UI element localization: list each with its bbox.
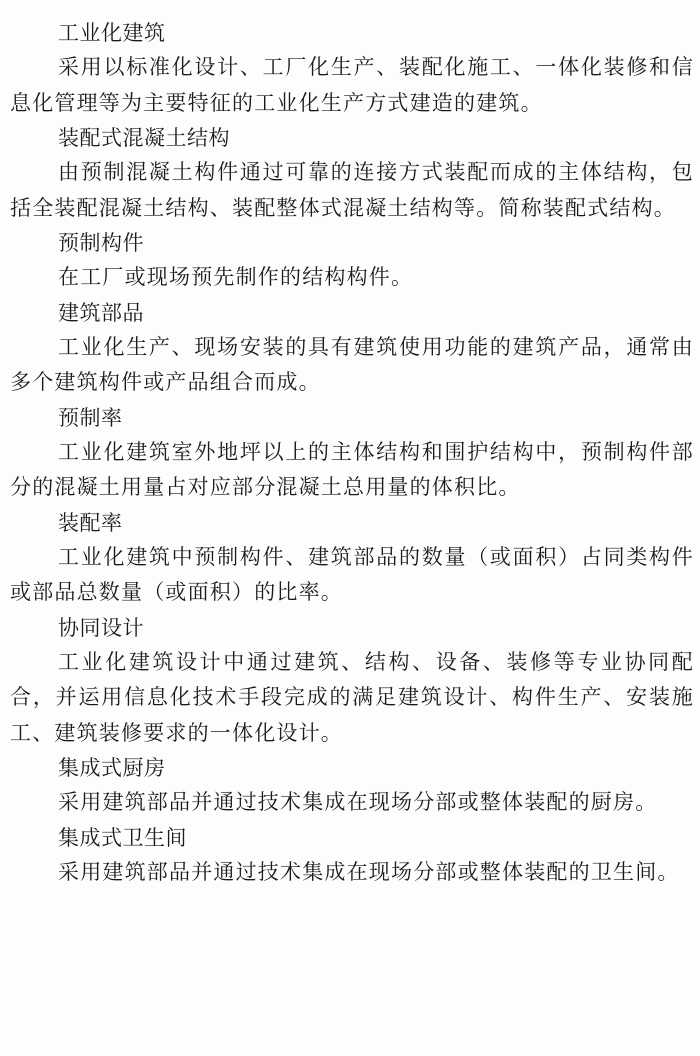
glossary-entry-assembly-rate: 装配率 工业化建筑中预制构件、建筑部品的数量（或面积）占同类构件或部品总数量（或… [10, 506, 694, 611]
glossary-entry-collaborative-design: 协同设计 工业化建筑设计中通过建筑、结构、设备、装修等专业协同配合，并运用信息化… [10, 611, 694, 752]
term-heading: 工业化建筑 [10, 16, 694, 50]
term-heading: 协同设计 [10, 611, 694, 645]
term-definition: 工业化建筑中预制构件、建筑部品的数量（或面积）占同类构件或部品总数量（或面积）的… [10, 540, 694, 611]
glossary-entry-precast-component: 预制构件 在工厂或现场预先制作的结构构件。 [10, 226, 694, 296]
term-heading: 预制率 [10, 401, 694, 435]
term-definition: 由预制混凝土构件通过可靠的连接方式装配而成的主体结构，包括全装配混凝土结构、装配… [10, 155, 694, 226]
glossary-entry-precast-concrete-structure: 装配式混凝土结构 由预制混凝土构件通过可靠的连接方式装配而成的主体结构，包括全装… [10, 121, 694, 226]
term-definition: 在工厂或现场预先制作的结构构件。 [10, 260, 694, 296]
glossary-entry-integrated-kitchen: 集成式厨房 采用建筑部品并通过技术集成在现场分部或整体装配的厨房。 [10, 751, 694, 821]
term-definition: 采用建筑部品并通过技术集成在现场分部或整体装配的厨房。 [10, 785, 694, 821]
term-definition: 采用以标准化设计、工厂化生产、装配化施工、一体化装修和信息化管理等为主要特征的工… [10, 50, 694, 121]
document-page: 工业化建筑 采用以标准化设计、工厂化生产、装配化施工、一体化装修和信息化管理等为… [0, 0, 700, 890]
glossary-entry-industrialized-building: 工业化建筑 采用以标准化设计、工厂化生产、装配化施工、一体化装修和信息化管理等为… [10, 16, 694, 121]
term-heading: 集成式厨房 [10, 751, 694, 785]
glossary-entry-precast-rate: 预制率 工业化建筑室外地坪以上的主体结构和围护结构中，预制构件部分的混凝土用量占… [10, 401, 694, 506]
term-heading: 建筑部品 [10, 296, 694, 330]
term-heading: 装配式混凝土结构 [10, 121, 694, 155]
term-definition: 工业化生产、现场安装的具有建筑使用功能的建筑产品，通常由多个建筑构件或产品组合而… [10, 330, 694, 401]
term-definition: 工业化建筑室外地坪以上的主体结构和围护结构中，预制构件部分的混凝土用量占对应部分… [10, 435, 694, 506]
term-heading: 装配率 [10, 506, 694, 540]
glossary-entry-integrated-bathroom: 集成式卫生间 采用建筑部品并通过技术集成在现场分部或整体装配的卫生间。 [10, 821, 694, 891]
glossary-entry-building-parts: 建筑部品 工业化生产、现场安装的具有建筑使用功能的建筑产品，通常由多个建筑构件或… [10, 296, 694, 401]
term-heading: 预制构件 [10, 226, 694, 260]
term-definition: 采用建筑部品并通过技术集成在现场分部或整体装配的卫生间。 [10, 855, 694, 891]
term-heading: 集成式卫生间 [10, 821, 694, 855]
term-definition: 工业化建筑设计中通过建筑、结构、设备、装修等专业协同配合，并运用信息化技术手段完… [10, 645, 694, 752]
